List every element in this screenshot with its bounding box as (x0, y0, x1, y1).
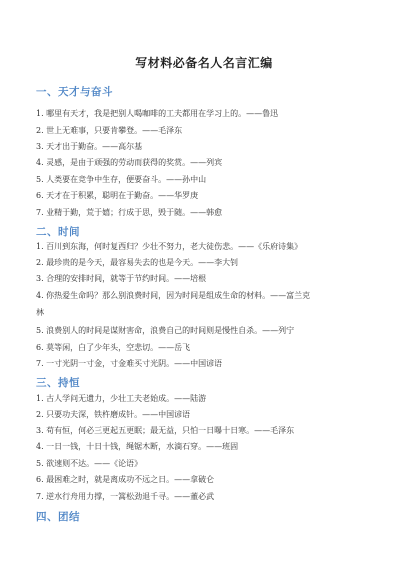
quote-line: 3. 合理的安排时间，就等于节约时间。——培根 (36, 274, 206, 284)
quote-line-continuation: 林 (36, 308, 44, 318)
section-heading-time: 二、时间 (36, 224, 80, 239)
quote-line: 1. 古人学问无遗力，少壮工夫老始成。——陆游 (36, 394, 206, 404)
quote-line: 4. 灵感，是由于顽强的劳动而获得的奖赏。——列宾 (36, 158, 222, 168)
quote-line: 6. 天才在于积累，聪明在于勤奋。——华罗庚 (36, 191, 198, 201)
quote-line: 1. 百川到东海，何时复西归？少壮不努力，老大徒伤悲。——《乐府诗集》 (36, 242, 302, 252)
quote-line: 7. 一寸光阴一寸金，寸金难买寸光阴。——中国谚语 (36, 359, 222, 369)
document-page: 写材料必备名人名言汇编 一、天才与奋斗 1. 哪里有天才，我是把别人喝咖啡的工夫… (0, 0, 408, 580)
quote-line: 3. 天才出于勤奋。——高尔基 (36, 142, 142, 152)
quote-line: 1. 哪里有天才，我是把别人喝咖啡的工夫都用在学习上的。——鲁迅 (36, 109, 278, 119)
quote-line: 7. 业精于勤，荒于嬉；行成于思，毁于随。——韩愈 (36, 208, 222, 218)
quote-line: 5. 浪费别人的时间是谋财害命，浪费自己的时间则是慢性自杀。——列宁 (36, 326, 294, 336)
quote-line: 4. 你热爱生命吗？那么别浪费时间，因为时间是组成生命的材料。——富兰克 (36, 291, 310, 301)
document-title: 写材料必备名人名言汇编 (0, 54, 408, 71)
section-heading-perseverance: 三、持恒 (36, 375, 80, 390)
quote-line: 5. 人类要在竞争中生存，便要奋斗。——孙中山 (36, 175, 206, 185)
quote-line: 2. 最珍贵的是今天，最容易失去的也是今天。——李大钊 (36, 258, 238, 268)
quote-line: 4. 一日一钱，十日十钱，绳锯木断，水滴石穿。——班固 (36, 442, 238, 452)
quote-line: 5. 欲速则不达。——《论语》 (36, 459, 142, 469)
section-heading-talent: 一、天才与奋斗 (36, 84, 113, 99)
quote-line: 3. 苟有恒，何必三更起五更眠；最无益，只怕一日曝十日寒。——毛泽东 (36, 426, 294, 436)
quote-line: 2. 只要功夫深，铁杵磨成针。——中国谚语 (36, 410, 190, 420)
quote-line: 6. 最困难之时，就是离成功不远之日。——拿破仑 (36, 475, 214, 485)
quote-line: 2. 世上无难事，只要肯攀登。——毛泽东 (36, 126, 182, 136)
quote-line: 7. 逆水行舟用力撑，一篙松劲退千寻。——董必武 (36, 492, 214, 502)
section-heading-unity: 四、团结 (36, 509, 80, 524)
quote-line: 6. 莫等闲，白了少年头，空悲切。——岳飞 (36, 343, 190, 353)
